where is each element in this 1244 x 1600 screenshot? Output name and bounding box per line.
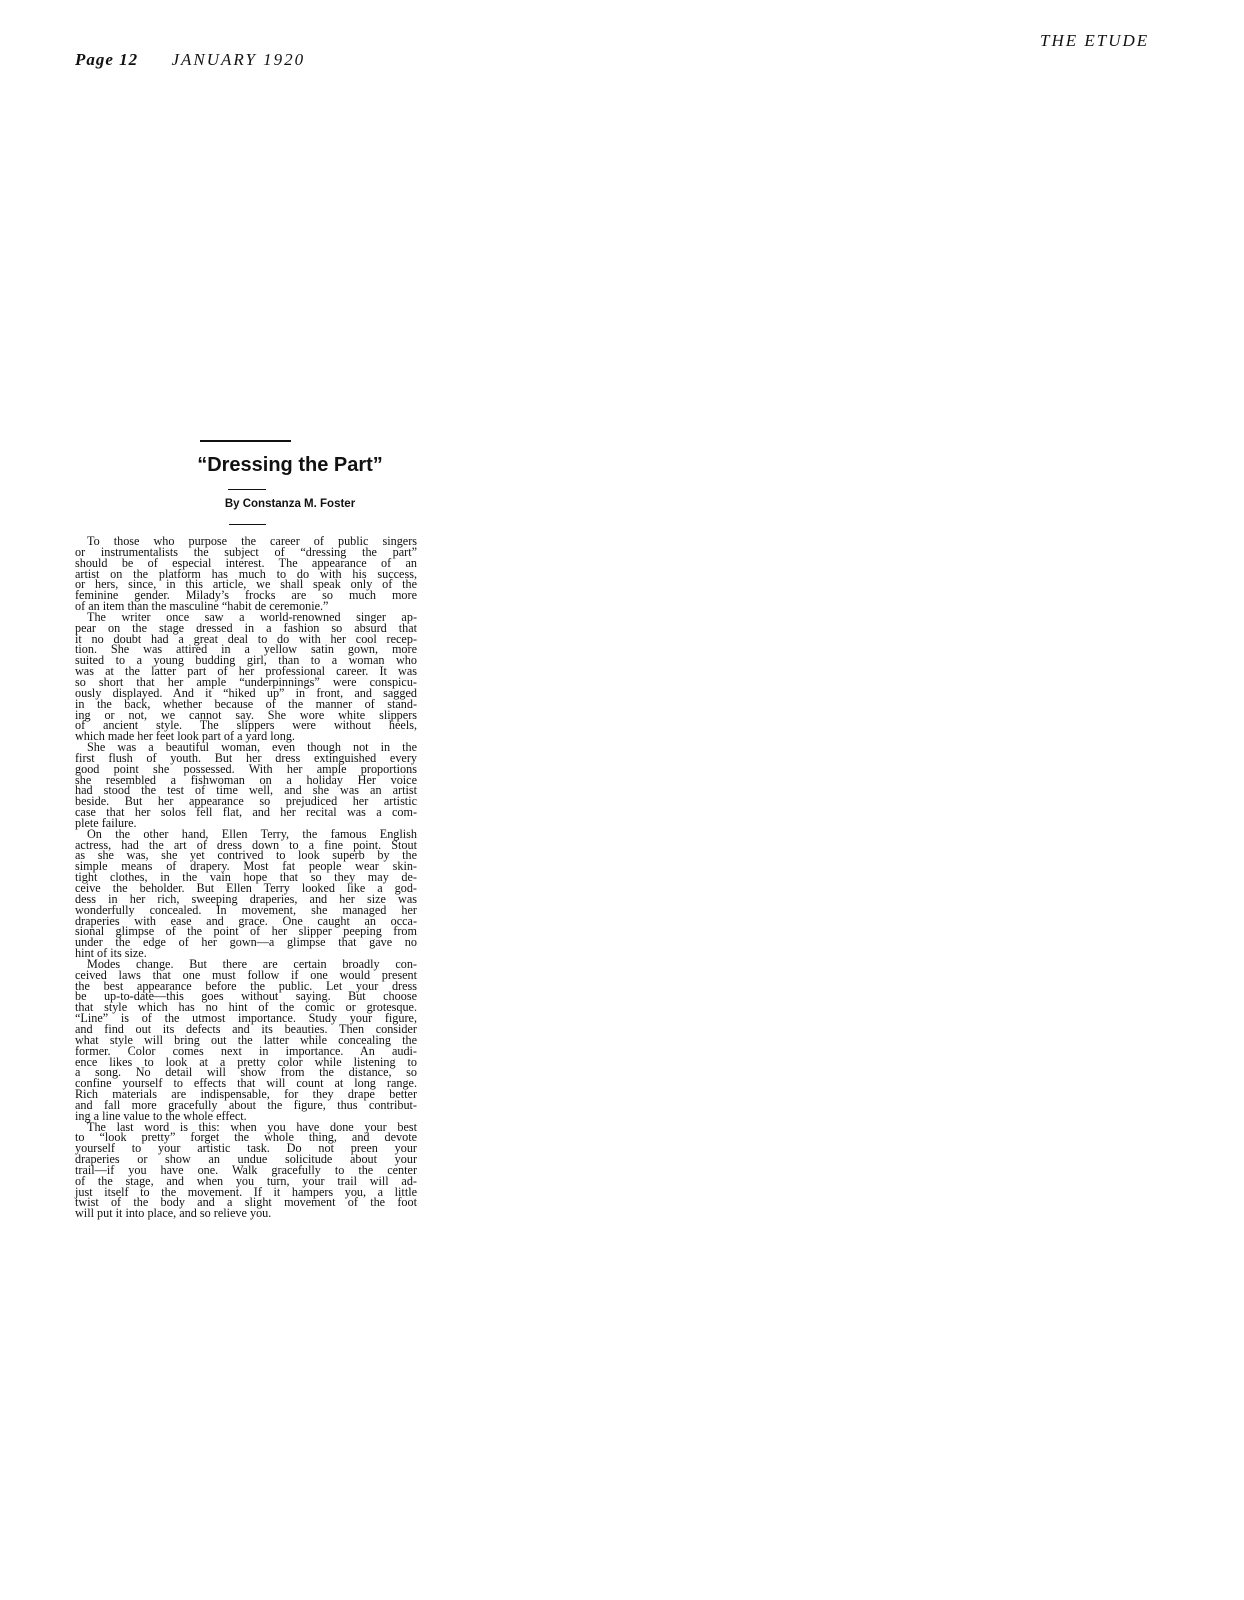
title-divider (228, 489, 266, 490)
page-number: Page 12 (75, 50, 138, 69)
article-paragraph: On the other hand, Ellen Terry, the famo… (75, 829, 417, 959)
publication-name: THE ETUDE (1040, 31, 1149, 51)
text-line: will put it into place, and so relieve y… (75, 1208, 417, 1219)
article-byline: By Constanza M. Foster (140, 498, 440, 510)
article-paragraph: To those who purpose the career of publi… (75, 536, 417, 612)
byline-divider (229, 524, 266, 525)
issue-date: JANUARY 1920 (171, 50, 305, 69)
article-paragraph: She was a beautiful woman, even though n… (75, 742, 417, 829)
article-body: To those who purpose the career of publi… (75, 536, 417, 1219)
top-divider (200, 440, 291, 442)
article-paragraph: Modes change. But there are certain broa… (75, 959, 417, 1122)
article-paragraph: The writer once saw a world-renowned sin… (75, 612, 417, 742)
article-title: “Dressing the Part” (140, 454, 440, 477)
article-paragraph: The last word is this: when you have don… (75, 1122, 417, 1220)
page-header-left: Page 12 JANUARY 1920 (75, 50, 305, 70)
